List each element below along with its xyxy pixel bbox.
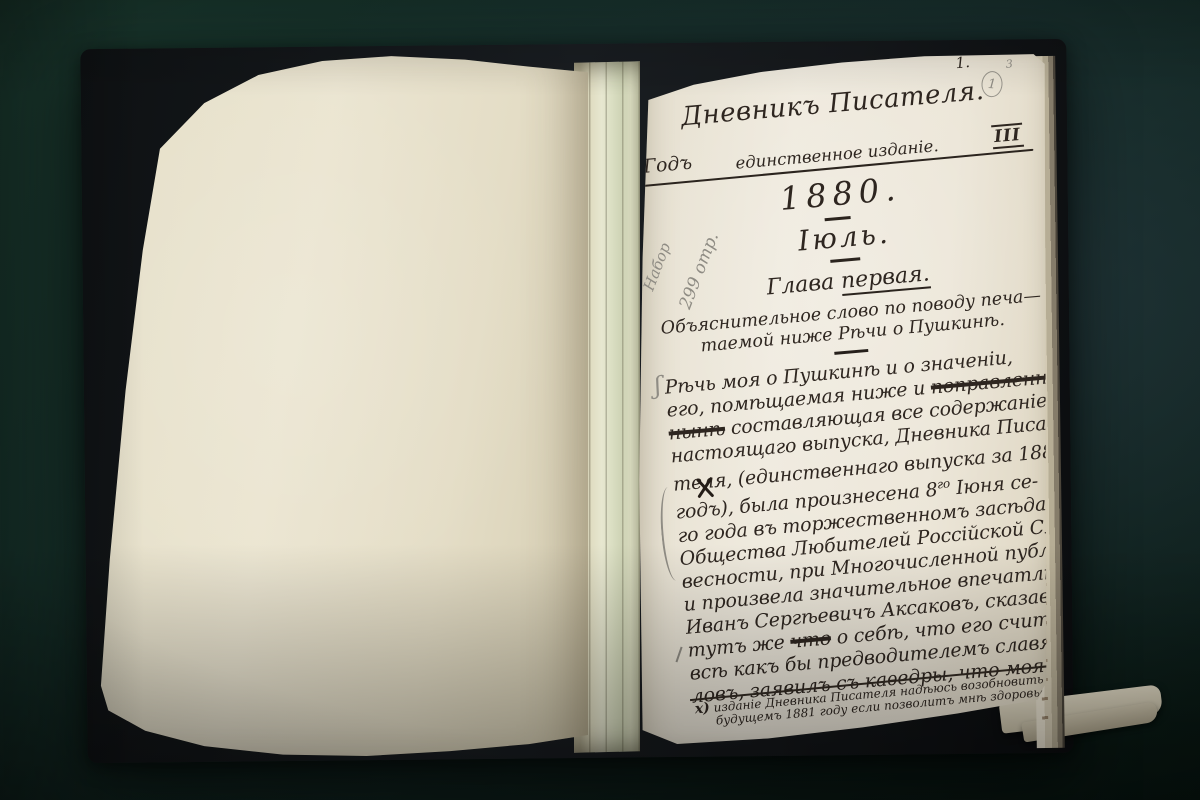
manuscript-text: х) — [1070, 437, 1082, 452]
struck-out-word: что — [789, 627, 831, 652]
underline-dash — [830, 257, 860, 262]
pencil-margin-slash — [675, 647, 682, 663]
volume-numeral: III — [991, 123, 1024, 150]
left-blank-page — [96, 54, 588, 756]
photograph-of-open-manuscript-book: 1. 1 3 Дневникъ Писателя. Годъ единствен… — [0, 0, 1200, 800]
manuscript-body: Рѣчь моя о Пушкинѣ и о значеніи,его, пом… — [664, 343, 1076, 708]
manuscript-text-layer: 1. 1 3 Дневникъ Писателя. Годъ единствен… — [634, 46, 1082, 742]
chapter-prefix: Глава — [766, 269, 843, 300]
footnote-marker: х) — [694, 700, 710, 717]
page-number: 1. — [955, 53, 971, 72]
chapter-word-underlined: первая. — [840, 261, 931, 296]
pencil-small-number: 3 — [1005, 57, 1013, 71]
ink-footnote-x-mark — [693, 477, 717, 499]
underline-dash — [834, 349, 868, 355]
manuscript-text: го — [936, 477, 950, 492]
pencil-paragraph-mark: ʃ — [653, 371, 662, 399]
right-manuscript-page: 1. 1 3 Дневникъ Писателя. Годъ единствен… — [636, 50, 1048, 744]
